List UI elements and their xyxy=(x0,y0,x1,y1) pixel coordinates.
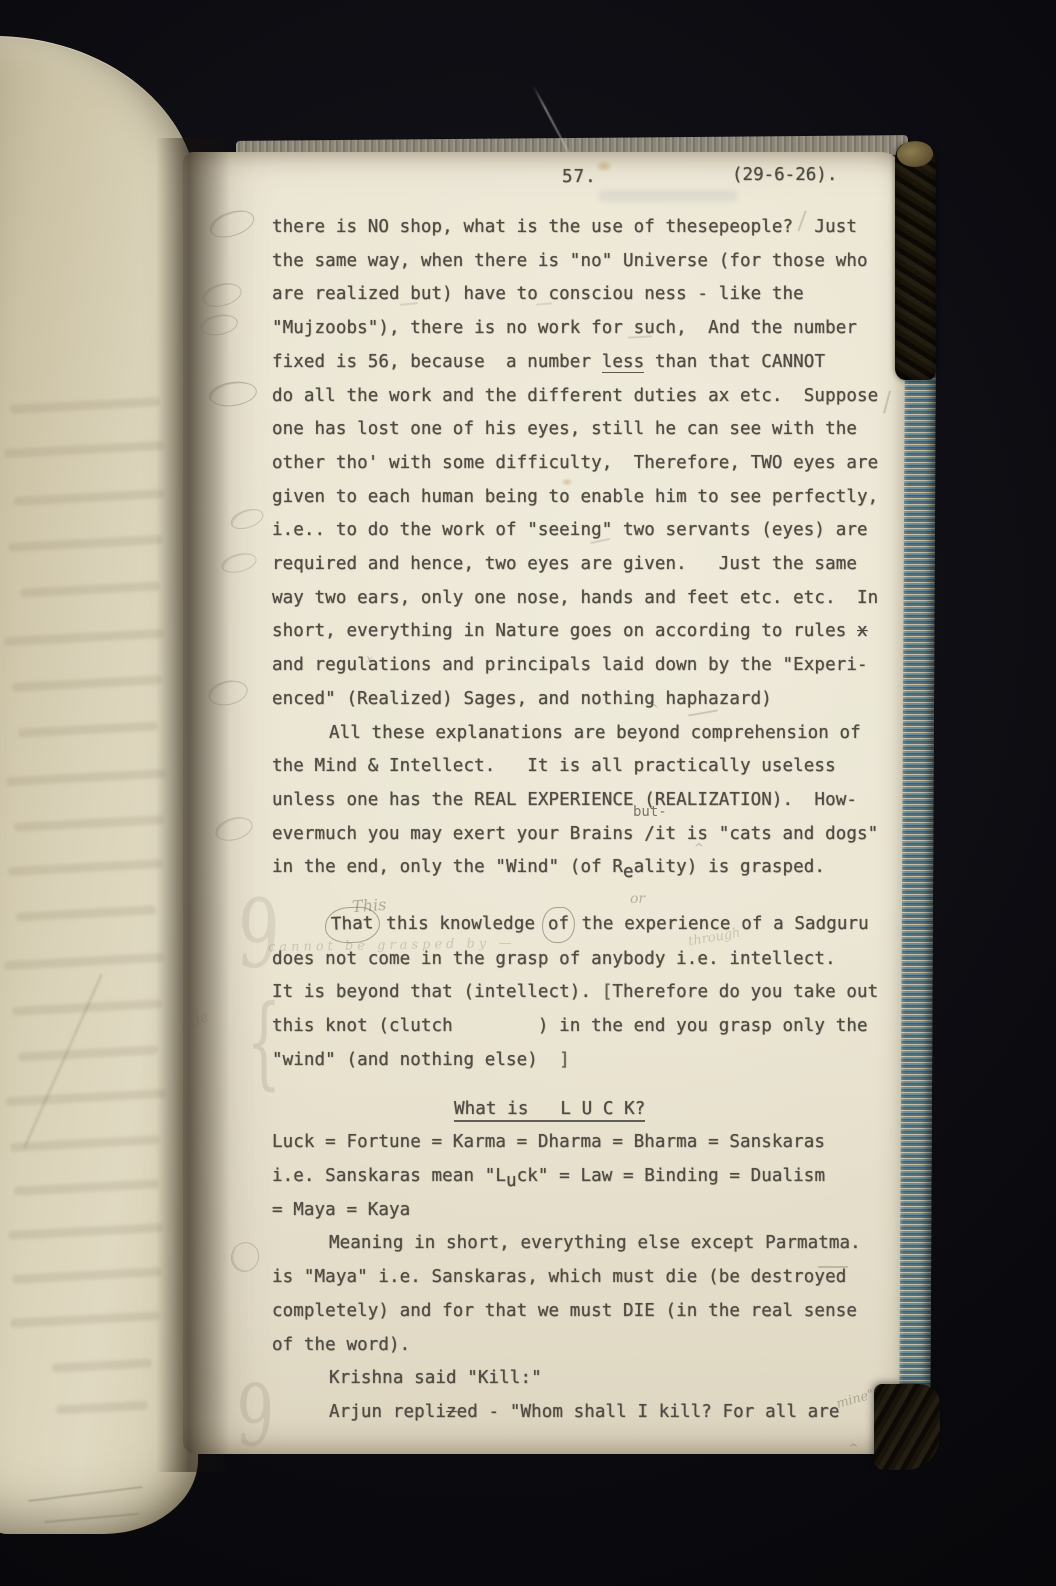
typed-line: Meaning in short, everything else except… xyxy=(272,1227,918,1261)
typed-line: enced" (Realized) Sages, and nothing hap… xyxy=(272,683,918,717)
binding-cord-top xyxy=(895,144,936,380)
typed-line: "Mujzoobs"), there is no work for such, … xyxy=(272,312,918,346)
show-through-text xyxy=(52,1358,152,1372)
show-through-text xyxy=(18,1045,158,1061)
typed-line: All these explanations are beyond compre… xyxy=(272,717,918,751)
typed-line: completely) and for that we must DIE (in… xyxy=(272,1295,918,1329)
pencil-scribble xyxy=(44,1513,139,1523)
typed-line: given to each human being to enable him … xyxy=(272,481,918,515)
typed-line: It is beyond that (intellect). [Therefor… xyxy=(272,976,918,1010)
ghost-print-echo xyxy=(598,190,738,202)
typed-line: are realized but) have to consciou ness … xyxy=(272,278,918,312)
show-through-text xyxy=(12,675,162,692)
typed-line: evermuch you may exert your Brains /it i… xyxy=(272,818,918,852)
show-through-text xyxy=(4,629,164,646)
typed-line: other tho' with some difficulty, Therefo… xyxy=(272,447,918,481)
left-page xyxy=(0,36,198,1534)
show-through-text xyxy=(14,815,164,832)
manuscript-page: 57. (29-6-26). there is NO shop, what is… xyxy=(183,152,906,1454)
show-through-text xyxy=(4,953,164,970)
show-through-text xyxy=(14,1179,159,1196)
page-crease xyxy=(23,974,102,1148)
typed-line: Arjun replized - "Whom shall I kill? For… xyxy=(272,1396,918,1430)
typed-line: in the end, only the "Wind" (of Reality)… xyxy=(272,851,918,885)
show-through-text xyxy=(16,905,156,921)
paper-stain xyxy=(561,478,573,486)
show-through-text xyxy=(56,1401,148,1415)
show-through-text xyxy=(6,1089,166,1106)
show-through-text xyxy=(10,1311,160,1328)
typed-line: i.e.. to do the work of "seeing" two ser… xyxy=(272,514,918,548)
page-date: (29-6-26). xyxy=(732,165,837,185)
show-through-text xyxy=(18,721,158,737)
typed-line: unless one has the REAL EXPERIENCE (REAL… xyxy=(272,784,918,818)
typed-line: the Mind & Intellect. It is all practica… xyxy=(272,750,918,784)
binding-cord-corner xyxy=(874,1384,940,1470)
show-through-text xyxy=(8,1223,163,1240)
typed-line: way two ears, only one nose, hands and f… xyxy=(272,582,918,616)
pencil-scribble xyxy=(28,1486,142,1502)
typed-line: "wind" (and nothing else) ] xyxy=(272,1044,918,1078)
show-through-text xyxy=(20,581,160,597)
typed-text-block: there is NO shop, what is the use of the… xyxy=(272,211,918,1430)
typed-line: this knot (clutch ) in the end you grasp… xyxy=(272,1010,918,1044)
show-through-text xyxy=(4,441,164,458)
typed-line: = Maya = Kaya xyxy=(272,1194,918,1228)
page-edge-stripes xyxy=(899,364,936,1440)
show-through-text xyxy=(8,535,163,552)
show-through-text xyxy=(10,397,160,414)
book-photo: 57. (29-6-26). there is NO shop, what is… xyxy=(0,0,1056,1586)
typed-line: does not come in the grasp of anybody i.… xyxy=(272,943,918,977)
paper-stain xyxy=(595,160,613,172)
show-through-text xyxy=(12,1267,162,1284)
typed-line: of the word). xyxy=(272,1329,918,1363)
typed-line: Luck = Fortune = Karma = Dharma = Bharma… xyxy=(272,1126,918,1160)
typed-line: one has lost one of his eyes, still he c… xyxy=(272,413,918,447)
typed-line: the same way, when there is "no" Univers… xyxy=(272,245,918,279)
show-through-text xyxy=(14,489,164,506)
section-heading: What is L U C K? xyxy=(272,1093,918,1127)
show-through-text xyxy=(6,769,166,786)
typed-line: required and hence, two eyes are given. … xyxy=(272,548,918,582)
typed-line: fixed is 56, because a number less than … xyxy=(272,346,918,380)
show-through-text xyxy=(8,859,163,876)
typed-line: short, everything in Nature goes on acco… xyxy=(272,615,918,649)
typed-line: is "Maya" i.e. Sanskaras, which must die… xyxy=(272,1261,918,1295)
show-through-text xyxy=(10,1135,160,1152)
page-number: 57. xyxy=(562,167,597,187)
typed-line: there is NO shop, what is the use of the… xyxy=(272,211,918,245)
typed-line: That this knowledge of the experience of… xyxy=(272,907,918,943)
typed-line: Krishna said "Kill:" xyxy=(272,1362,918,1396)
typed-line: do all the work and the different duties… xyxy=(272,380,918,414)
typed-line: i.e. Sanskaras mean "Luck" = Law = Bindi… xyxy=(272,1160,918,1194)
typed-line: and regulations and principals laid down… xyxy=(272,649,918,683)
